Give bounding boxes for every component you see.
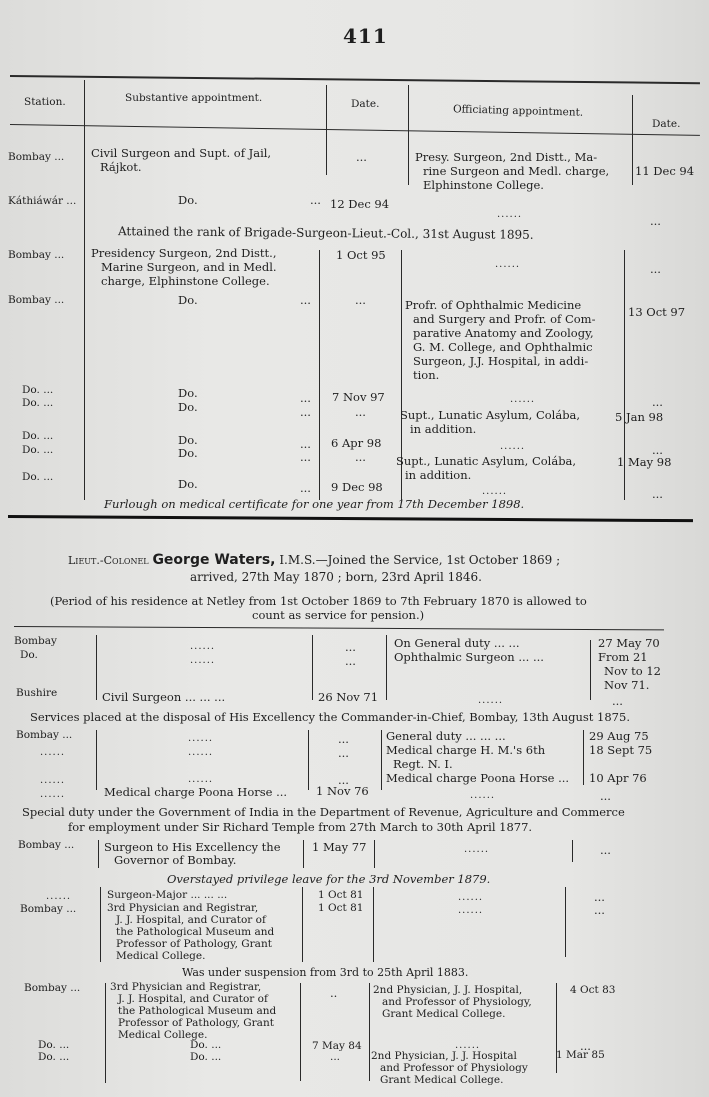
col-divider bbox=[84, 80, 85, 500]
date: 13 Oct 97 bbox=[628, 305, 685, 319]
substantive-line: Presidency Surgeon, 2nd Distt., bbox=[91, 246, 276, 260]
officiating-line: and Surgery and Profr. of Com- bbox=[413, 312, 595, 326]
officiating: ...... bbox=[458, 891, 483, 905]
substantive-line: Do. bbox=[178, 293, 198, 307]
officiating-line: Grant Medical College. bbox=[380, 1073, 503, 1087]
col-divider bbox=[565, 887, 566, 957]
station: Do. ... bbox=[22, 443, 53, 457]
col-divider bbox=[319, 250, 320, 500]
date: ... bbox=[652, 395, 663, 409]
officiating-line: tion. bbox=[413, 368, 439, 382]
station: Do. ... bbox=[38, 1050, 69, 1064]
substantive-dots: ... bbox=[300, 405, 311, 419]
col-divider bbox=[308, 730, 309, 790]
note-brigade: Attained the rank of Brigade-Surgeon-Lie… bbox=[118, 224, 534, 242]
date: 1 Oct 81 bbox=[318, 901, 363, 915]
officer-name: George Waters, bbox=[152, 552, 275, 568]
substantive: Surgeon-Major ... ... ... bbox=[107, 888, 227, 902]
officer-bio-line2: arrived, 27th May 1870 ; born, 23rd Apri… bbox=[190, 570, 482, 584]
date: ... bbox=[330, 1050, 340, 1064]
substantive-line: Rájkot. bbox=[100, 160, 142, 174]
col-divider bbox=[300, 983, 301, 1081]
date: ... bbox=[355, 405, 366, 419]
substantive-line: Do. bbox=[178, 386, 198, 400]
note-suspension: Was under suspension from 3rd to 25th Ap… bbox=[182, 966, 468, 979]
station: Bushire bbox=[16, 686, 57, 700]
date: ... bbox=[345, 640, 356, 654]
substantive-line: Civil Surgeon and Supt. of Jail, bbox=[91, 146, 271, 160]
station: Bombay ... bbox=[8, 150, 64, 164]
header-date2: Date. bbox=[652, 118, 680, 130]
netley-note-line2: count as service for pension.) bbox=[252, 608, 424, 622]
station: Bombay bbox=[14, 634, 57, 648]
header-station: Station. bbox=[24, 96, 66, 108]
substantive: ...... bbox=[188, 732, 213, 746]
document-page: 411 Station. Substantive appointment. Da… bbox=[0, 0, 709, 1097]
date: ... bbox=[345, 654, 356, 668]
col-divider bbox=[381, 730, 382, 790]
col-divider bbox=[583, 730, 584, 785]
officiating: Medical charge Poona Horse ... bbox=[386, 771, 569, 785]
substantive: ...... bbox=[190, 654, 215, 668]
substantive-line: Do. bbox=[178, 477, 198, 491]
col-divider bbox=[373, 887, 374, 962]
officiating: ...... bbox=[478, 694, 503, 708]
officiating-line: Profr. of Ophthalmic Medicine bbox=[405, 298, 581, 312]
col-divider bbox=[386, 635, 387, 700]
station: Bombay ... bbox=[8, 293, 64, 307]
date: ... bbox=[652, 487, 663, 501]
officiating: ...... bbox=[458, 904, 483, 918]
col-divider bbox=[369, 983, 370, 1081]
substantive-line: Marine Surgeon, and in Medl. bbox=[101, 260, 277, 274]
substantive-dots: ... bbox=[300, 437, 311, 451]
date: 10 Apr 76 bbox=[589, 771, 647, 785]
header-substantive: Substantive appointment. bbox=[125, 92, 262, 104]
date: 4 Oct 83 bbox=[570, 983, 615, 997]
officiating-line: Supt., Lunatic Asylum, Colába, bbox=[396, 454, 576, 468]
substantive: Do. ... bbox=[190, 1050, 221, 1064]
col-divider bbox=[572, 840, 573, 862]
officer-bio-line1: I.M.S.—Joined the Service, 1st October 1… bbox=[279, 553, 560, 567]
officiating-line: Grant Medical College. bbox=[382, 1007, 505, 1021]
col-divider bbox=[100, 887, 101, 962]
date: 11 Dec 94 bbox=[635, 164, 694, 178]
col-divider bbox=[105, 983, 106, 1083]
officiating: Regt. N. I. bbox=[393, 757, 453, 771]
date: 1 Oct 95 bbox=[336, 248, 386, 262]
table-top-rule bbox=[10, 75, 700, 84]
col-divider bbox=[96, 635, 97, 700]
officiating: Medical charge H. M.'s 6th bbox=[386, 743, 545, 757]
date: ... bbox=[600, 843, 611, 857]
col-divider bbox=[98, 840, 99, 868]
station: Do. bbox=[20, 648, 38, 662]
substantive-line: Medical College. bbox=[116, 949, 205, 963]
section-divider bbox=[8, 515, 693, 522]
station: Bombay ... bbox=[8, 248, 64, 262]
date: Nov to 12 bbox=[604, 664, 661, 678]
col-divider bbox=[326, 85, 327, 175]
station: Bombay ... bbox=[20, 902, 76, 916]
station: Bombay ... bbox=[16, 728, 72, 742]
station: ...... bbox=[40, 788, 65, 802]
substantive-line: Do. bbox=[178, 193, 198, 207]
date: 12 Dec 94 bbox=[330, 197, 389, 211]
station: Do. ... bbox=[22, 383, 53, 397]
officer-heading: Lieut.-Colonel George Waters, I.M.S.—Joi… bbox=[68, 552, 560, 568]
station: ...... bbox=[40, 774, 65, 788]
date: 1 Mar 85 bbox=[556, 1048, 605, 1062]
table-header-rule bbox=[10, 124, 700, 136]
date: Nov 71. bbox=[604, 678, 649, 692]
substantive-dots: ... bbox=[300, 293, 311, 307]
header-date1: Date. bbox=[351, 98, 379, 110]
note-special-line2: for employment under Sir Richard Temple … bbox=[68, 820, 532, 834]
date: 26 Nov 71 bbox=[318, 690, 378, 704]
date: .. bbox=[330, 986, 337, 1000]
officiating: On General duty ... ... bbox=[394, 636, 520, 650]
netley-note-line1: (Period of his residence at Netley from … bbox=[50, 594, 587, 608]
date: ... bbox=[355, 293, 366, 307]
substantive-line: Do. bbox=[178, 400, 198, 414]
furlough-note: Furlough on medical certificate for one … bbox=[104, 497, 524, 511]
col-divider bbox=[302, 887, 303, 962]
page-number: 411 bbox=[343, 24, 388, 48]
officer-rank: Lieut.-Colonel bbox=[68, 554, 149, 567]
officiating: ...... bbox=[470, 789, 495, 803]
officiating-line: G. M. College, and Ophthalmic bbox=[413, 340, 593, 354]
date: 1 May 98 bbox=[617, 455, 671, 469]
col-divider bbox=[590, 640, 591, 700]
substantive-dots: ... bbox=[300, 391, 311, 405]
date: ... bbox=[650, 262, 661, 276]
officiating-line: parative Anatomy and Zoology, bbox=[413, 326, 594, 340]
officiating: Ophthalmic Surgeon ... ... bbox=[394, 650, 544, 664]
officiating-line: ...... bbox=[500, 440, 525, 454]
date: 1 Nov 76 bbox=[316, 784, 369, 798]
col-divider bbox=[374, 840, 375, 868]
officiating-line: Supt., Lunatic Asylum, Colába, bbox=[400, 408, 580, 422]
date: ... bbox=[338, 732, 349, 746]
date: 1 Oct 81 bbox=[318, 888, 363, 902]
note-overstayed: Overstayed privilege leave for the 3rd N… bbox=[167, 872, 490, 886]
date: ... bbox=[355, 450, 366, 464]
substantive: ...... bbox=[190, 640, 215, 654]
date: 7 Nov 97 bbox=[332, 390, 385, 404]
col-divider bbox=[96, 730, 97, 790]
officiating-line: Surgeon, J.J. Hospital, in addi- bbox=[413, 354, 588, 368]
substantive-line: Do. bbox=[178, 433, 198, 447]
substantive-line: charge, Elphinstone College. bbox=[101, 274, 270, 288]
officiating-line: ...... bbox=[497, 208, 522, 222]
substantive-line: Do. bbox=[178, 446, 198, 460]
col-divider bbox=[632, 95, 633, 185]
officiating-line: Presy. Surgeon, 2nd Distt., Ma- bbox=[415, 150, 597, 164]
date: ... bbox=[650, 214, 661, 228]
date: ... bbox=[356, 150, 367, 164]
officiating-line: ...... bbox=[510, 393, 535, 407]
substantive-line: Governor of Bombay. bbox=[114, 853, 236, 867]
date: ... bbox=[600, 789, 611, 803]
officiating: ...... bbox=[464, 843, 489, 857]
station: Káthiáwár ... bbox=[8, 194, 76, 208]
officiating-line: Elphinstone College. bbox=[423, 178, 544, 192]
officiating-line: in addition. bbox=[405, 468, 471, 482]
substantive-dots: ... bbox=[300, 481, 311, 495]
officiating-line: rine Surgeon and Medl. charge, bbox=[423, 164, 609, 178]
date: 29 Aug 75 bbox=[589, 729, 649, 743]
station: Do. ... bbox=[22, 470, 53, 484]
date: 5 Jan 98 bbox=[615, 410, 663, 424]
note-special-line1: Special duty under the Government of Ind… bbox=[22, 805, 625, 819]
date: 6 Apr 98 bbox=[331, 436, 381, 450]
substantive-dots: ... bbox=[310, 193, 321, 207]
substantive: Medical charge Poona Horse ... bbox=[104, 785, 287, 799]
station: Do. ... bbox=[22, 396, 53, 410]
date: 18 Sept 75 bbox=[589, 743, 652, 757]
substantive: ...... bbox=[188, 746, 213, 760]
col-divider bbox=[312, 635, 313, 700]
date: 27 May 70 bbox=[598, 636, 660, 650]
date: ... bbox=[612, 694, 623, 708]
date: ... bbox=[338, 746, 349, 760]
station: Bombay ... bbox=[24, 981, 80, 995]
col-divider bbox=[408, 85, 409, 185]
substantive-dots: ... bbox=[300, 450, 311, 464]
date: ... bbox=[594, 903, 605, 917]
station: Bombay ... bbox=[18, 838, 74, 852]
officiating: General duty ... ... ... bbox=[386, 729, 506, 743]
date: 1 May 77 bbox=[312, 840, 366, 854]
officiating-line: in addition. bbox=[410, 422, 476, 436]
substantive-line: Surgeon to His Excellency the bbox=[104, 840, 281, 854]
station: Do. ... bbox=[22, 429, 53, 443]
table-rule bbox=[14, 626, 664, 630]
date: From 21 bbox=[598, 650, 648, 664]
station: ...... bbox=[40, 746, 65, 760]
col-divider bbox=[303, 840, 304, 868]
date: ... bbox=[594, 890, 605, 904]
substantive: Civil Surgeon ... ... ... bbox=[102, 690, 225, 704]
officiating-line: ...... bbox=[495, 258, 520, 272]
note-services: Services placed at the disposal of His E… bbox=[30, 710, 630, 724]
header-officiating: Officiating appointment. bbox=[453, 103, 583, 118]
date: 9 Dec 98 bbox=[331, 480, 383, 494]
